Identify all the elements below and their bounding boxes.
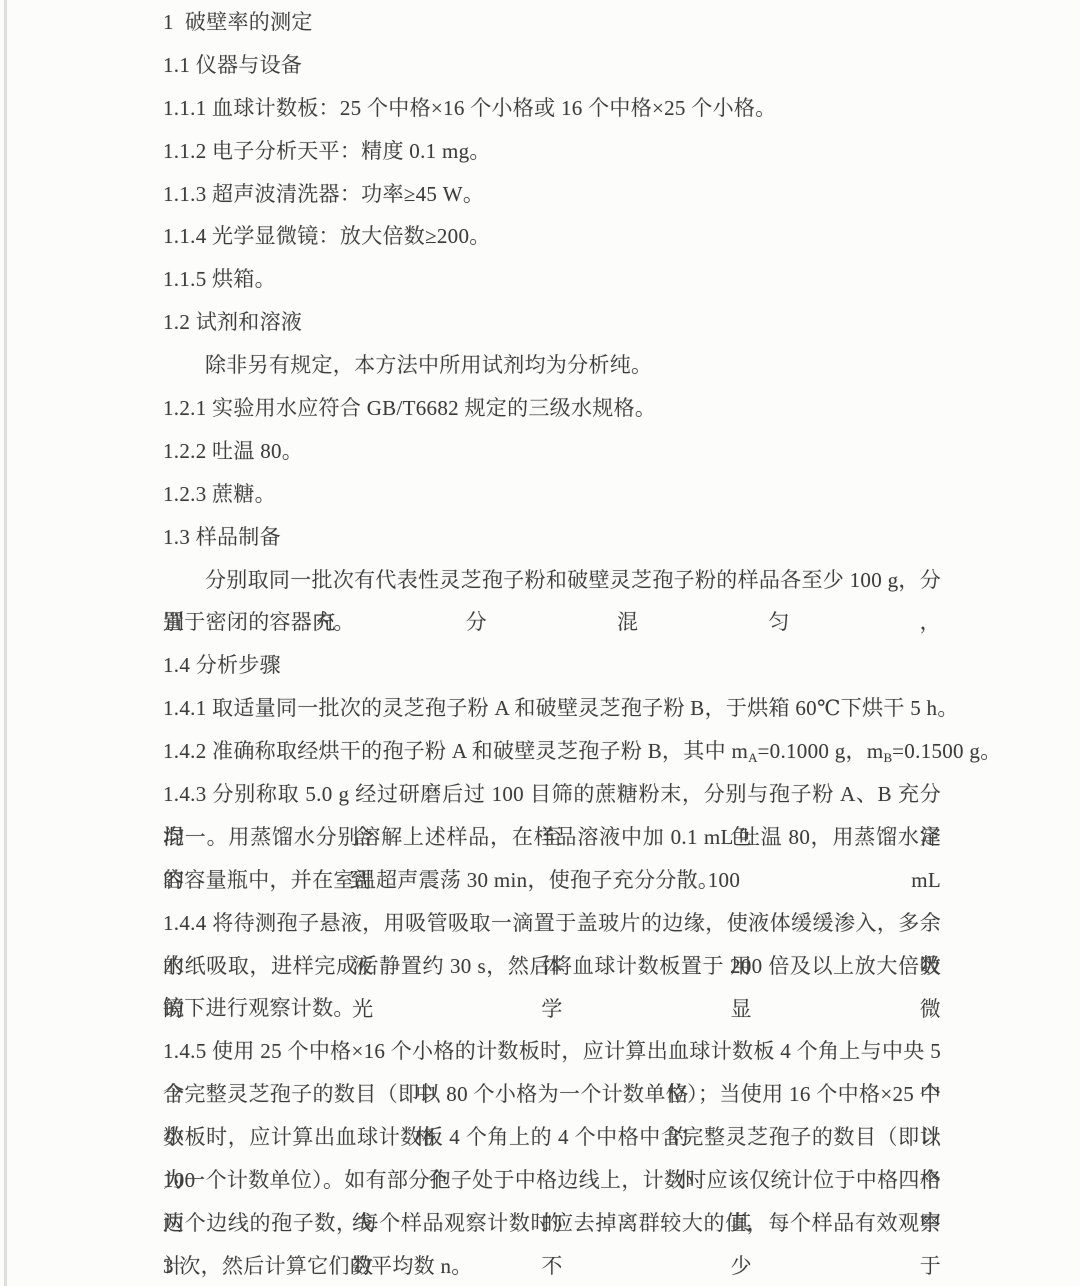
item-1-4-2: 1.4.2 准确称取经烘干的孢子粉 A 和破壁灵芝孢子粉 B，其中 mA=0.1… xyxy=(163,730,941,773)
item-1-4-4-line-2: 水纸吸取，进样完成后静置约 30 s，然后将血球计数板置于 200 倍及以上放大… xyxy=(163,945,941,988)
item-1-1-1: 1.1.1 血球计数板：25 个中格×16 个小格或 16 个中格×25 个小格… xyxy=(163,87,941,130)
subscript-a: A xyxy=(748,750,757,765)
section-heading-1: 1 破壁率的测定 xyxy=(163,1,941,44)
item-1-1-3: 1.1.3 超声波清洗器：功率≥45 W。 xyxy=(163,173,941,216)
subsection-heading-1-1: 1.1 仪器与设备 xyxy=(163,44,941,87)
item-1-4-1: 1.4.1 取适量同一批次的灵芝孢子粉 A 和破壁灵芝孢子粉 B，于烘箱 60℃… xyxy=(163,687,941,730)
item-1-4-3-line-2: 均一。用蒸馏水分别溶解上述样品，在样品溶液中加 0.1 mL 吐温 80，用蒸馏… xyxy=(163,816,941,859)
paragraph-sample-prep-line-1: 分别取同一批次有代表性灵芝孢子粉和破壁灵芝孢子粉的样品各至少 100 g，分别充… xyxy=(163,559,941,602)
text-fragment: =0.1000 g，m xyxy=(758,739,884,763)
item-1-4-5-line-1: 1.4.5 使用 25 个中格×16 个小格的计数板时，应计算出血球计数板 4 … xyxy=(163,1030,941,1073)
subscript-b: B xyxy=(883,750,892,765)
item-1-4-4-line-1: 1.4.4 将待测孢子悬液，用吸管吸取一滴置于盖玻片的边缘，使液体缓缓渗入，多余… xyxy=(163,902,941,945)
item-1-4-5-line-5: 两个边线的孢子数，每个样品观察计数时应去掉离群较大的值，每个样品有效观察计数不少… xyxy=(163,1202,941,1245)
document-body: 1 破壁率的测定 1.1 仪器与设备 1.1.1 血球计数板：25 个中格×16… xyxy=(163,1,941,1286)
document-page: 1 破壁率的测定 1.1 仪器与设备 1.1.1 血球计数板：25 个中格×16… xyxy=(0,0,1080,1286)
item-1-4-5-line-3: 数板时，应计算出血球计数板 4 个角上的 4 个中格中含完整灵芝孢子的数目（即以… xyxy=(163,1116,941,1159)
paragraph-reagents-note: 除非另有规定，本方法中所用试剂均为分析纯。 xyxy=(163,344,941,387)
scan-edge-line xyxy=(4,0,7,1286)
subsection-heading-1-4: 1.4 分析步骤 xyxy=(163,644,941,687)
item-1-1-5: 1.1.5 烘箱。 xyxy=(163,258,941,301)
item-1-1-2: 1.1.2 电子分析天平：精度 0.1 mg。 xyxy=(163,130,941,173)
item-1-2-3: 1.2.3 蔗糖。 xyxy=(163,473,941,516)
item-1-4-5-line-2: 含完整灵芝孢子的数目（即以 80 个小格为一个计数单位）；当使用 16 个中格×… xyxy=(163,1073,941,1116)
item-1-1-4: 1.1.4 光学显微镜：放大倍数≥200。 xyxy=(163,215,941,258)
item-1-2-2: 1.2.2 吐温 80。 xyxy=(163,430,941,473)
subsection-heading-1-3: 1.3 样品制备 xyxy=(163,516,941,559)
item-1-4-5-line-4: 为一个计数单位）。如有部分孢子处于中格边线上，计数时应该仅统计位于中格四个边线的… xyxy=(163,1159,941,1202)
text-fragment: =0.1500 g。 xyxy=(892,739,1001,763)
text-fragment: 1.4.2 准确称取经烘干的孢子粉 A 和破壁灵芝孢子粉 B，其中 m xyxy=(163,739,748,763)
item-1-2-1: 1.2.1 实验用水应符合 GB/T6682 规定的三级水规格。 xyxy=(163,387,941,430)
subsection-heading-1-2: 1.2 试剂和溶液 xyxy=(163,301,941,344)
item-1-4-3-line-1: 1.4.3 分别称取 5.0 g 经过研磨后过 100 目筛的蔗糖粉末，分别与孢… xyxy=(163,773,941,816)
